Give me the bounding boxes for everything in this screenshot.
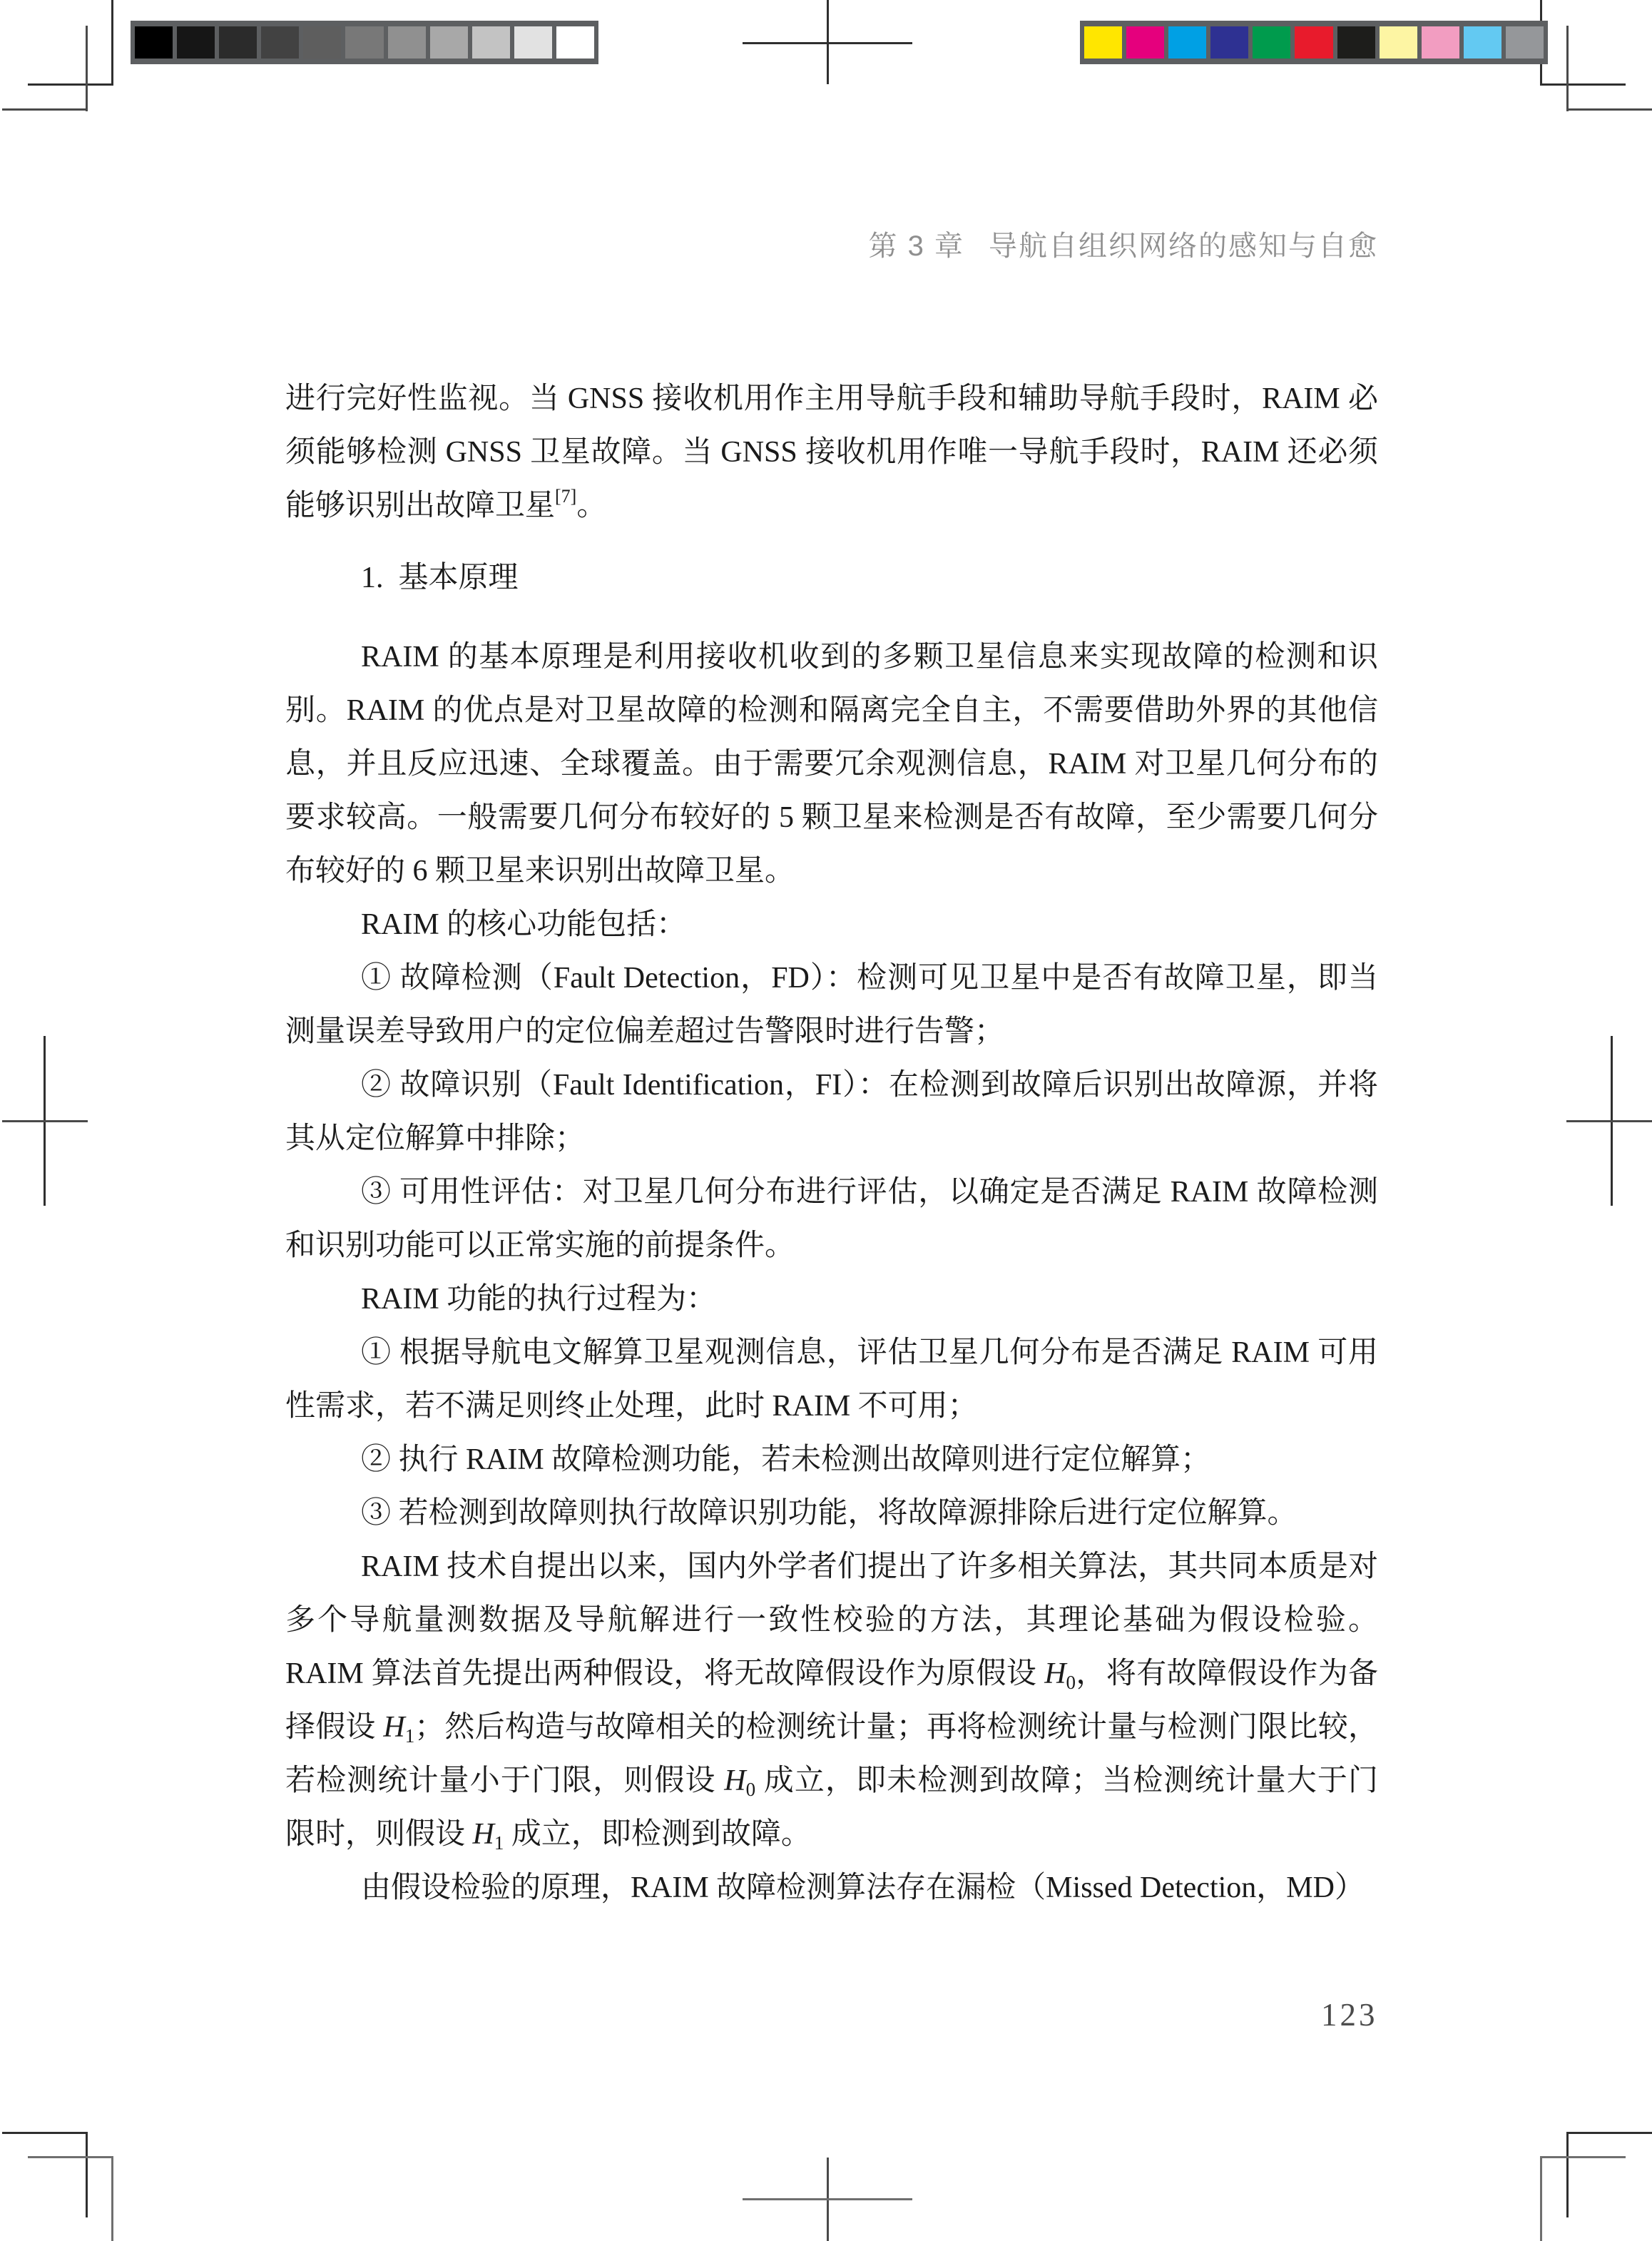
paragraph-step3: ③ 若检测到故障则执行故障识别功能，将故障源排除后进行定位解算。 [285,1487,1378,1540]
footnote-reference: [7] [555,486,576,507]
intro-period: 。 [576,489,606,522]
paragraph-core-functions-intro: RAIM 的核心功能包括： [285,898,1378,952]
page-number: 123 [1321,1996,1378,2033]
paragraph-fault-identification: ② 故障识别（Fault Identification，FI）：在检测到故障后识… [285,1059,1378,1166]
color-swatch [1464,26,1501,59]
chapter-number: 第 3 章 [869,230,964,262]
intro-text: 进行完好性监视。当 GNSS 接收机用作主用导航手段和辅助导航手段时，RAIM … [285,382,1378,522]
text-column: 进行完好性监视。当 GNSS 接收机用作主用导航手段和辅助导航手段时，RAIM … [285,372,1378,1915]
paragraph-missed-detection: 由假设检验的原理，RAIM 故障检测算法存在漏检（Missed Detectio… [285,1861,1378,1915]
hypothesis-seg5: 成立，即检测到故障。 [504,1818,811,1851]
color-swatch [1380,26,1417,59]
paragraph-fault-detection: ① 故障检测（Fault Detection，FD）：检测可见卫星中是否有故障卫… [285,952,1378,1059]
color-swatch [1084,26,1122,59]
color-swatch [388,26,426,59]
color-swatch [514,26,552,59]
paragraph-step2: ② 执行 RAIM 故障检测功能，若未检测出故障则进行定位解算； [285,1433,1378,1487]
math-h0: H0 [724,1764,755,1797]
color-swatch [1422,26,1459,59]
color-swatch [1126,26,1164,59]
color-swatch [430,26,468,59]
color-swatch [556,26,594,59]
color-swatch [1506,26,1544,59]
running-head: 第 3 章导航自组织网络的感知与自愈 [869,228,1378,264]
color-swatch [1337,26,1375,59]
color-swatch [261,26,299,59]
math-h1: H1 [383,1711,414,1744]
book-page: 第 3 章导航自组织网络的感知与自愈 进行完好性监视。当 GNSS 接收机用作主… [0,0,1652,2241]
color-swatch [219,26,257,59]
color-swatch [303,26,341,59]
section-heading: 1. 基本原理 [285,552,1378,605]
color-swatch [1168,26,1206,59]
color-swatch [472,26,510,59]
math-h0: H0 [1044,1657,1076,1690]
grayscale-calibration-bar [131,21,598,64]
paragraph-availability: ③ 可用性评估：对卫星几何分布进行评估，以确定是否满足 RAIM 故障检测和识别… [285,1166,1378,1273]
paragraph-step1: ① 根据导航电文解算卫星观测信息，评估卫星几何分布是否满足 RAIM 可用性需求… [285,1326,1378,1433]
chapter-title: 导航自组织网络的感知与自愈 [989,230,1378,262]
color-swatch [1295,26,1332,59]
math-h1: H1 [473,1818,504,1851]
color-calibration-bar [1080,21,1548,64]
paragraph-hypothesis: RAIM 技术自提出以来，国内外学者们提出了许多相关算法，其共同本质是对多个导航… [285,1540,1378,1861]
color-swatch [1253,26,1290,59]
color-swatch [135,26,173,59]
color-swatch [1210,26,1248,59]
color-swatch [177,26,215,59]
paragraph-intro: 进行完好性监视。当 GNSS 接收机用作主用导航手段和辅助导航手段时，RAIM … [285,372,1378,533]
color-swatch [345,26,383,59]
paragraph-principle: RAIM 的基本原理是利用接收机收到的多颗卫星信息来实现故障的检测和识别。RAI… [285,631,1378,898]
paragraph-process-intro: RAIM 功能的执行过程为： [285,1273,1378,1326]
